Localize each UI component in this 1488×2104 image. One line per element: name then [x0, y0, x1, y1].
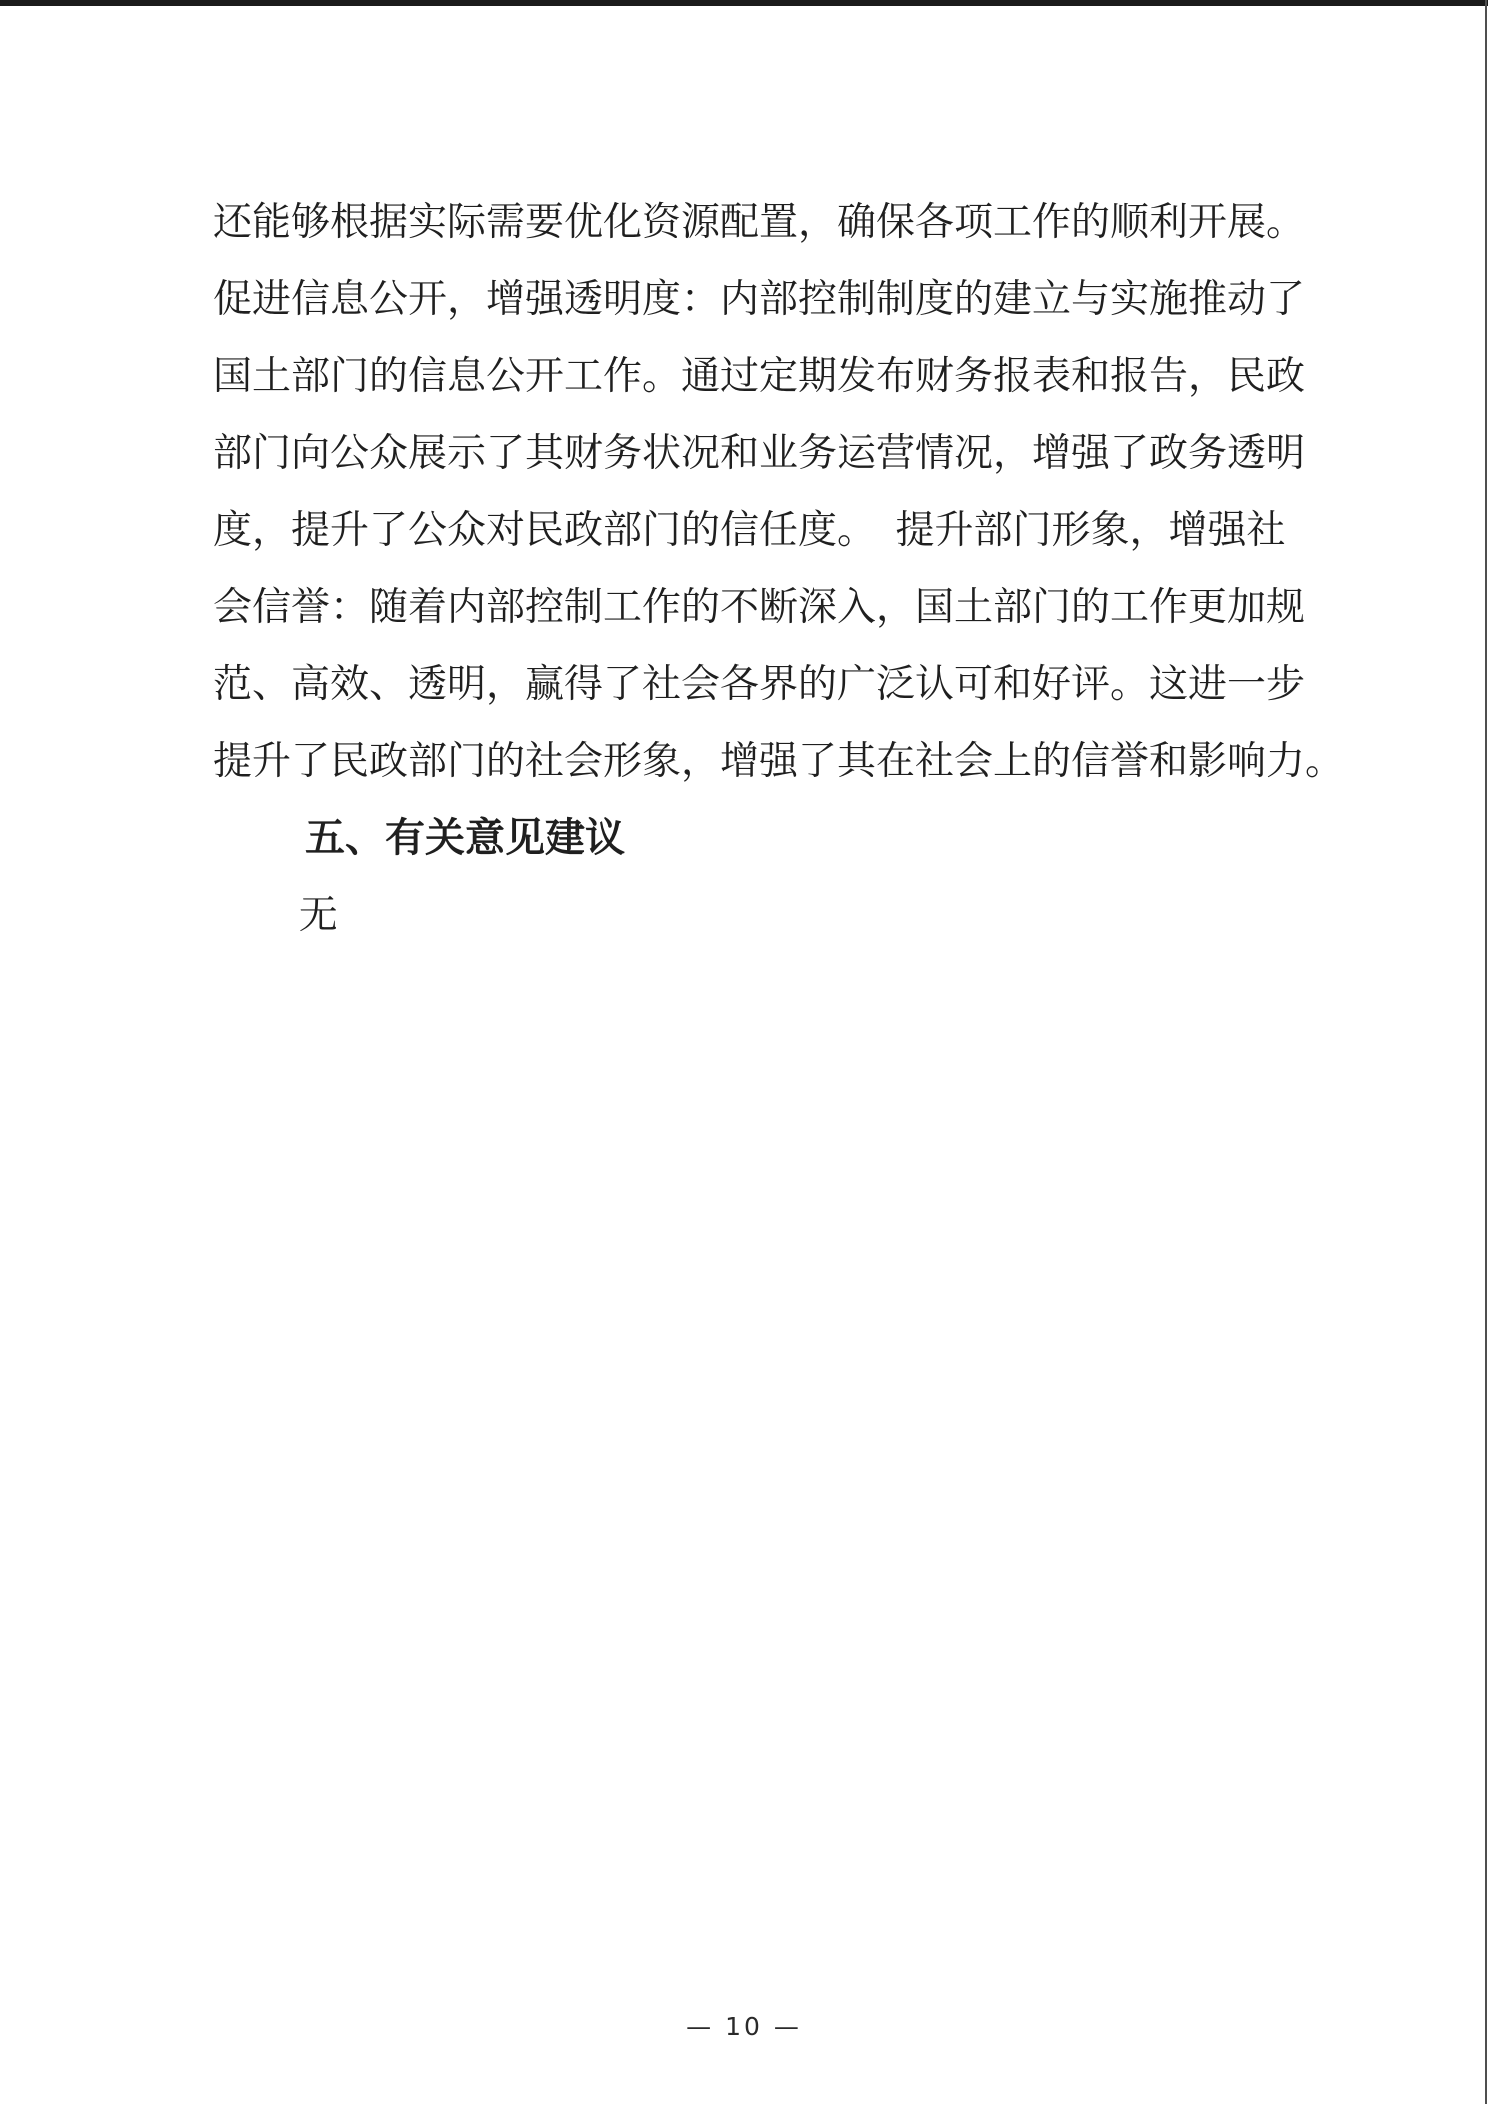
paragraph-line: 促进信息公开，增强透明度：内部控制制度的建立与实施推动了	[213, 261, 1308, 338]
paragraph-line: 提升了民政部门的社会形象，增强了其在社会上的信誉和影响力。	[213, 723, 1308, 800]
paragraph-line: 会信誉：随着内部控制工作的不断深入，国土部门的工作更加规	[213, 569, 1308, 646]
paragraph-line: 还能够根据实际需要优化资源配置，确保各项工作的顺利开展。	[213, 184, 1308, 261]
section-heading: 五、有关意见建议	[213, 800, 1308, 877]
page-top-edge-bar	[0, 0, 1488, 6]
page-number: — 10 —	[0, 2012, 1488, 2042]
page-right-edge-line	[1485, 0, 1487, 2104]
paragraph-line: 范、高效、透明，赢得了社会各界的广泛认可和好评。这进一步	[213, 646, 1308, 723]
section-note: 无	[213, 877, 1308, 954]
paragraph-line: 国土部门的信息公开工作。通过定期发布财务报表和报告，民政	[213, 338, 1308, 415]
paragraph-line: 部门向公众展示了其财务状况和业务运营情况，增强了政务透明	[213, 415, 1308, 492]
paragraph-line: 度，提升了公众对民政部门的信任度。 提升部门形象，增强社	[213, 492, 1308, 569]
document-page: 还能够根据实际需要优化资源配置，确保各项工作的顺利开展。 促进信息公开，增强透明…	[0, 0, 1488, 2104]
document-body: 还能够根据实际需要优化资源配置，确保各项工作的顺利开展。 促进信息公开，增强透明…	[213, 184, 1308, 954]
